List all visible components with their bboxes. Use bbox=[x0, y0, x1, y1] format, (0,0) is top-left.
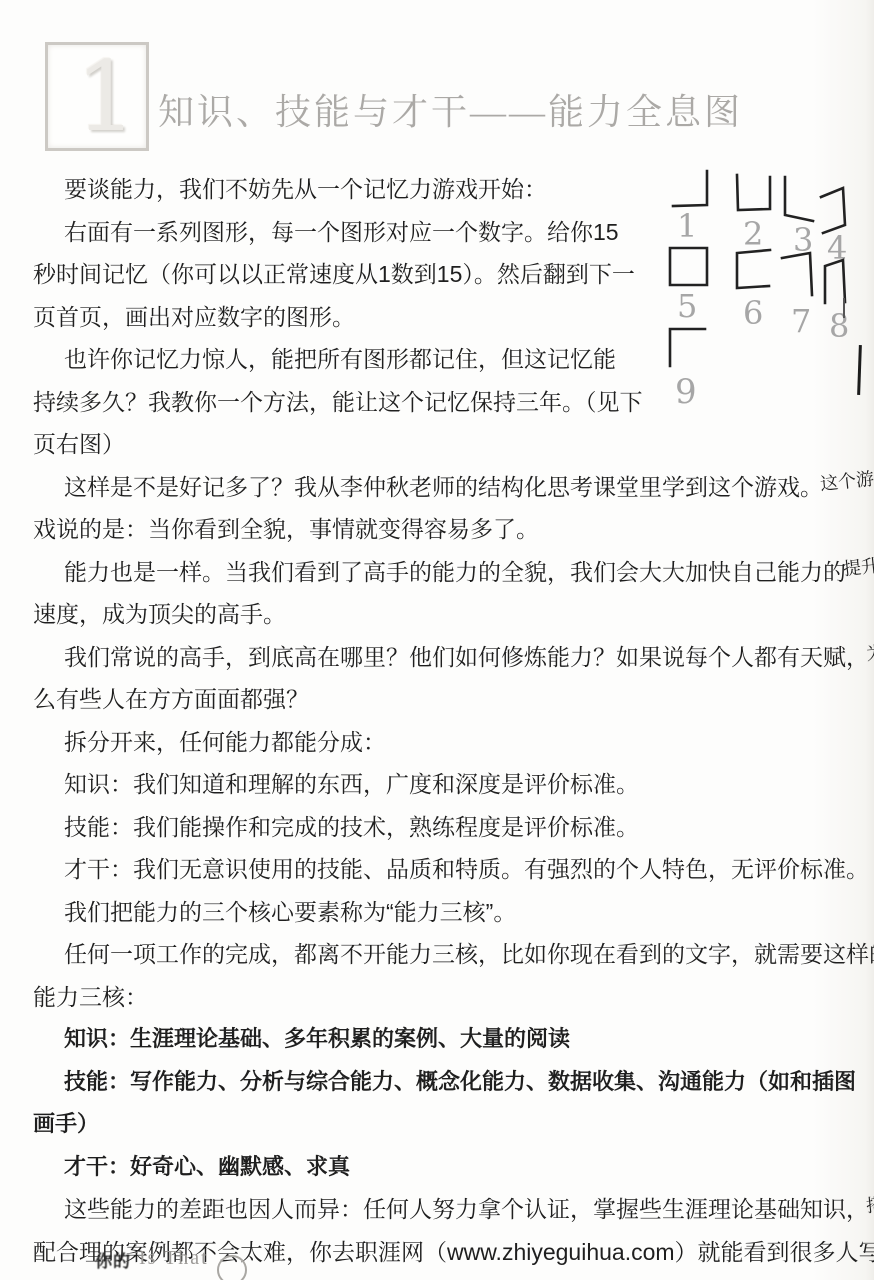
footer-logo-circle-icon bbox=[217, 1255, 247, 1280]
text-line: 要谈能力，我们不妨先从一个记忆力游戏开始： bbox=[33, 168, 874, 211]
text-line-emphasis: 才干：好奇心、幽默感、求真 bbox=[33, 1146, 874, 1189]
text-line: 这样是不是好记多了？我从李仲秋老师的结构化思考课堂里学到这个游戏。这个游 bbox=[33, 466, 874, 509]
text-line: 我们常说的高手，到底高在哪里？他们如何修炼能力？如果说每个人都有天赋，为什 bbox=[33, 636, 874, 679]
text-line: 戏说的是：当你看到全貌，事情就变得容易多了。 bbox=[33, 508, 874, 551]
text-line: 这些能力的差距也因人而异：任何人努力拿个认证，掌握些生涯理论基础知识，搭 bbox=[33, 1188, 874, 1231]
chapter-number: 1 bbox=[57, 49, 136, 145]
text-line: 秒时间记忆（你可以以正常速度从1数到15）。然后翻到下一 bbox=[33, 253, 874, 296]
text-line: 任何一项工作的完成，都离不开能力三核，比如你现在看到的文字，就需要这样的 bbox=[33, 933, 874, 976]
scan-artifact bbox=[843, 298, 845, 318]
text-line: 也许你记忆力惊人，能把所有图形都记住，但这记忆能 bbox=[33, 338, 874, 381]
text-line: 持续多久？我教你一个方法，能让这个记忆保持三年。（见下 bbox=[33, 381, 874, 424]
text-line: 技能：我们能操作和完成的技术，熟练程度是评价标准。 bbox=[33, 806, 874, 849]
chapter-title: 知识、技能与才干——能力全息图 bbox=[158, 84, 743, 135]
text-line-emphasis: 画手） bbox=[33, 1103, 874, 1146]
text-line: 知识：我们知道和理解的东西，广度和深度是评价标准。 bbox=[33, 763, 874, 806]
text-line-emphasis: 技能：写作能力、分析与综合能力、概念化能力、数据收集、沟通能力（如和插图 bbox=[33, 1061, 874, 1104]
page-footer: 你的 Is That bbox=[95, 1247, 247, 1280]
chapter-number-box: 1 bbox=[45, 42, 149, 151]
text-line: 能力也是一样。当我们看到了高手的能力的全貌，我们会大大加快自己能力的提升 bbox=[33, 551, 874, 594]
book-page: { "chapter": { "number": "1", "title": "… bbox=[0, 0, 874, 1280]
footer-prefix: 你的 bbox=[95, 1247, 131, 1272]
text-line: 页右图） bbox=[33, 423, 874, 466]
text-line: 才干：我们无意识使用的技能、品质和特质。有强烈的个人特色，无评价标准。 bbox=[33, 848, 874, 891]
text-line: 么有些人在方方面面都强？ bbox=[33, 678, 874, 721]
curvature-edge-text: 这个游 bbox=[818, 457, 874, 505]
text-line: 右面有一系列图形，每一个图形对应一个数字。给你15 bbox=[33, 211, 874, 254]
footer-title: Is That bbox=[139, 1247, 209, 1270]
text-line: 拆分开来，任何能力都能分成： bbox=[33, 721, 874, 764]
curvature-edge-text: 提升 bbox=[841, 544, 874, 590]
body-text: 要谈能力，我们不妨先从一个记忆力游戏开始： 右面有一系列图形，每一个图形对应一个… bbox=[33, 168, 874, 1273]
text-line: 速度，成为顶尖的高手。 bbox=[33, 593, 874, 636]
text-line: 页首页，画出对应数字的图形。 bbox=[33, 296, 874, 339]
text-line-emphasis: 知识：生涯理论基础、多年积累的案例、大量的阅读 bbox=[33, 1018, 874, 1061]
text-line: 能力三核： bbox=[33, 976, 874, 1019]
text-line: 我们把能力的三个核心要素称为“能力三核”。 bbox=[33, 891, 874, 934]
